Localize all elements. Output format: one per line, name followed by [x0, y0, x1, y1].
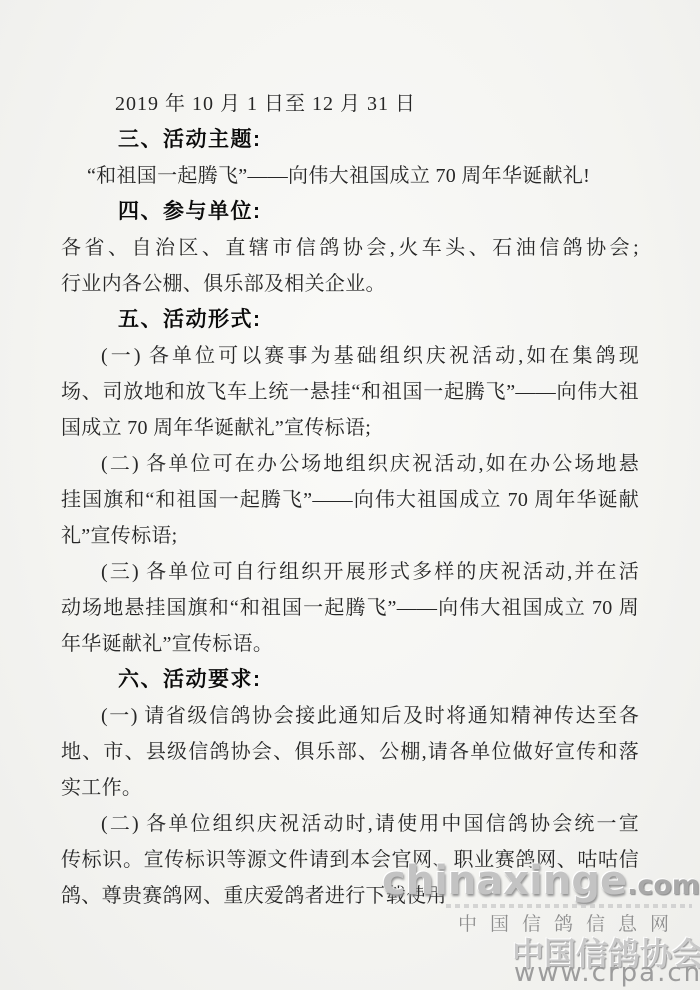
body-line: 地、市、县级信鸽协会、俱乐部、公棚,请各单位做好宣传和落: [61, 734, 639, 770]
body-line: (二) 各单位组织庆祝活动时,请使用中国信鸽协会统一宣: [61, 806, 639, 842]
body-line: (一) 各单位可以赛事为基础组织庆祝活动,如在集鸽现: [61, 338, 639, 374]
date-range-line: 2019 年 10 月 1 日至 12 月 31 日: [61, 86, 639, 122]
section-heading-theme: 三、活动主题:: [61, 122, 639, 158]
section-heading-requirements: 六、活动要求:: [61, 662, 639, 698]
section-heading-format: 五、活动形式:: [61, 302, 639, 338]
body-line: 年华诞献礼”宣传标语。: [61, 626, 639, 662]
body-line: 鸽、尊贵赛鸽网、重庆爱鸽者进行下载使用: [61, 878, 639, 914]
body-line: (一) 请省级信鸽协会接此通知后及时将通知精神传达至各: [61, 698, 639, 734]
body-line: (三) 各单位可自行组织开展形式多样的庆祝活动,并在活: [61, 554, 639, 590]
body-line: 礼”宣传标语;: [61, 518, 639, 554]
body-line: 实工作。: [61, 770, 639, 806]
body-line: 传标识。宣传标识等源文件请到本会官网、职业赛鸽网、咕咕信: [61, 842, 639, 878]
watermark-association-name: 中国信鸽协会: [512, 929, 700, 975]
body-line: 挂国旗和“和祖国一起腾飞”——向伟大祖国成立 70 周年华诞献: [61, 482, 639, 518]
body-line: 国成立 70 周年华诞献礼”宣传标语;: [61, 410, 639, 446]
section-heading-units: 四、参与单位:: [61, 194, 639, 230]
body-line: (二) 各单位可在办公场地组织庆祝活动,如在办公场地悬: [61, 446, 639, 482]
body-line: 各省、自治区、直辖市信鸽协会,火车头、石油信鸽协会;: [61, 230, 639, 266]
watermark-association-url: www.crpa.cn: [514, 958, 700, 988]
body-line: 场、司放地和放飞车上统一悬挂“和祖国一起腾飞”——向伟大祖: [61, 374, 639, 410]
body-line: 动场地悬挂国旗和“和祖国一起腾飞”——向伟大祖国成立 70 周: [61, 590, 639, 626]
slogan-line: “和祖国一起腾飞”——向伟大祖国成立 70 周年华诞献礼!: [61, 158, 639, 194]
notice-text-block: 2019 年 10 月 1 日至 12 月 31 日 三、活动主题: “和祖国一…: [61, 86, 639, 914]
body-line: 行业内各公棚、俱乐部及相关企业。: [61, 266, 639, 302]
scanned-notice-page: 2019 年 10 月 1 日至 12 月 31 日 三、活动主题: “和祖国一…: [0, 0, 700, 990]
